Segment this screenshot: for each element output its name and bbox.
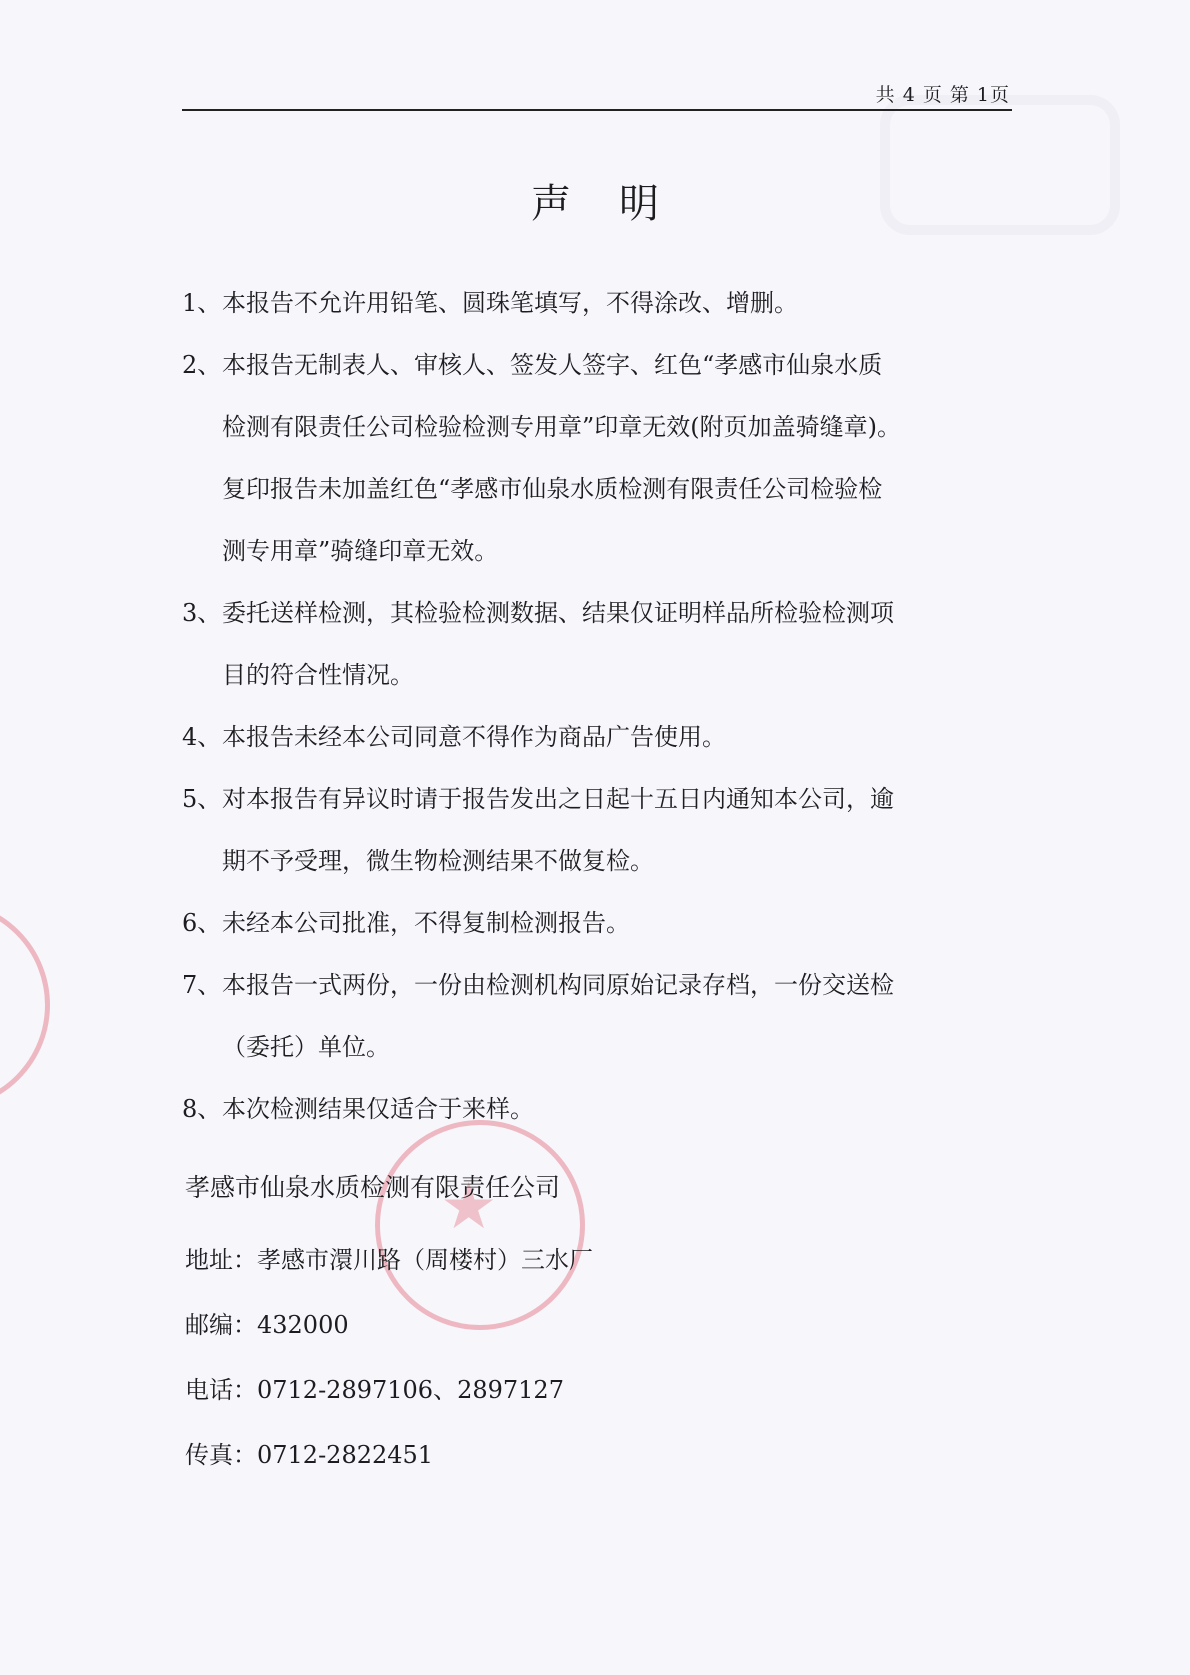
statement-item-6: 6、 未经本公司批准，不得复制检测报告。: [182, 892, 1022, 954]
statement-item-2: 2、 本报告无制表人、审核人、签发人签字、红色“孝感市仙泉水质 检测有限责任公司…: [182, 334, 1022, 582]
item-text-line: 本报告无制表人、审核人、签发人签字、红色“孝感市仙泉水质: [222, 334, 1022, 396]
item-number: 7、: [182, 954, 221, 1016]
item-number: 5、: [182, 768, 221, 830]
item-text-line: 未经本公司批准，不得复制检测报告。: [222, 892, 1022, 954]
company-postcode: 邮编：432000: [185, 1305, 349, 1340]
statement-item-4: 4、 本报告未经本公司同意不得作为商品广告使用。: [182, 706, 1022, 768]
statement-item-3: 3、 委托送样检测，其检验检测数据、结果仅证明样品所检验检测项 目的符合性情况。: [182, 582, 1022, 706]
item-text-line: 本报告一式两份，一份由检测机构同原始记录存档，一份交送检: [222, 954, 1022, 1016]
item-number: 3、: [182, 582, 221, 644]
company-name: 孝感市仙泉水质检测有限责任公司: [185, 1168, 560, 1204]
item-text-line: （委托）单位。: [222, 1016, 1022, 1078]
item-text-line: 对本报告有异议时请于报告发出之日起十五日内通知本公司，逾: [222, 768, 1022, 830]
page-title: 声明: [0, 172, 1190, 229]
item-number: 2、: [182, 334, 221, 396]
item-text-line: 本报告不允许用铅笔、圆珠笔填写，不得涂改、增删。: [222, 272, 1022, 334]
item-number: 8、: [182, 1078, 221, 1140]
statement-item-5: 5、 对本报告有异议时请于报告发出之日起十五日内通知本公司，逾 期不予受理，微生…: [182, 768, 1022, 892]
item-text-line: 本报告未经本公司同意不得作为商品广告使用。: [222, 706, 1022, 768]
item-text-line: 委托送样检测，其检验检测数据、结果仅证明样品所检验检测项: [222, 582, 1022, 644]
item-text-line: 本次检测结果仅适合于来样。: [222, 1078, 1022, 1140]
seam-seal-stamp: [0, 900, 50, 1110]
company-fax: 传真：0712-2822451: [185, 1435, 433, 1470]
company-phone: 电话：0712-2897106、2897127: [185, 1370, 564, 1405]
header-divider: [182, 109, 1012, 111]
item-text-line: 目的符合性情况。: [222, 644, 1022, 706]
statement-list: 1、 本报告不允许用铅笔、圆珠笔填写，不得涂改、增删。 2、 本报告无制表人、审…: [182, 272, 1022, 1140]
item-text-line: 测专用章”骑缝印章无效。: [222, 520, 1022, 582]
item-number: 4、: [182, 706, 221, 768]
company-address: 地址：孝感市澴川路（周楼村）三水厂: [185, 1240, 593, 1275]
statement-item-8: 8、 本次检测结果仅适合于来样。: [182, 1078, 1022, 1140]
item-number: 1、: [182, 272, 221, 334]
statement-item-1: 1、 本报告不允许用铅笔、圆珠笔填写，不得涂改、增删。: [182, 272, 1022, 334]
item-text-line: 复印报告未加盖红色“孝感市仙泉水质检测有限责任公司检验检: [222, 458, 1022, 520]
item-text-line: 期不予受理，微生物检测结果不做复检。: [222, 830, 1022, 892]
statement-item-7: 7、 本报告一式两份，一份由检测机构同原始记录存档，一份交送检 （委托）单位。: [182, 954, 1022, 1078]
item-number: 6、: [182, 892, 221, 954]
page-counter: 共 4 页 第 1页: [876, 80, 1010, 107]
item-text-line: 检测有限责任公司检验检测专用章”印章无效(附页加盖骑缝章)。: [222, 396, 1022, 458]
